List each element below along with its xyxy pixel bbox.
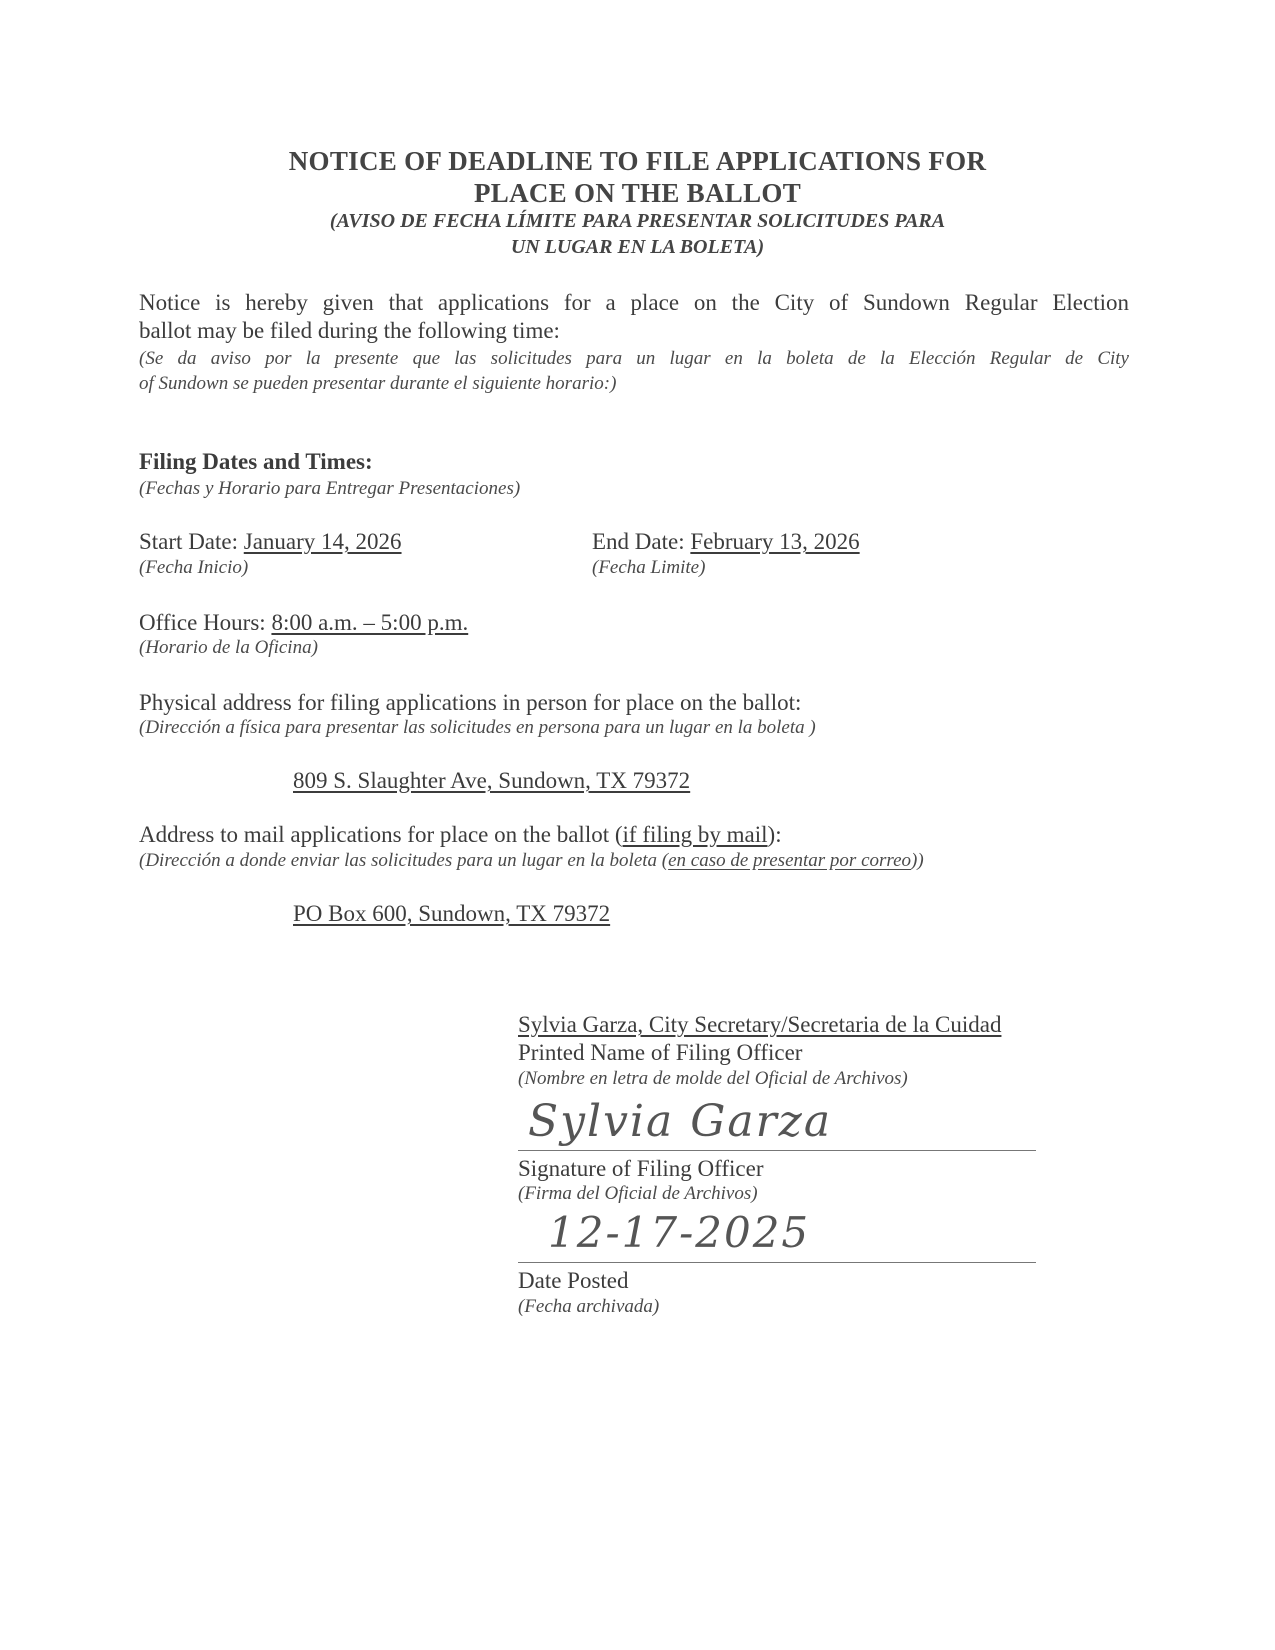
- intro-es-line-1: (Se da aviso por la presente que las sol…: [139, 348, 1129, 370]
- office-hours-es: (Horario de la Oficina): [139, 637, 318, 659]
- mail-label-text: Address to mail applications for place o…: [139, 822, 623, 847]
- title-line-2: PLACE ON THE BALLOT: [0, 178, 1275, 209]
- physical-address-label-es: (Dirección a física para presentar las s…: [139, 717, 816, 739]
- end-date-label: End Date:: [592, 529, 690, 554]
- date-posted-label-es: (Fecha archivada): [518, 1296, 659, 1318]
- physical-address-label: Physical address for filing applications…: [139, 690, 801, 716]
- mail-address-label-es: (Dirección a donde enviar las solicitude…: [139, 850, 924, 872]
- intro-es-line-2: of Sundown se pueden presentar durante e…: [139, 373, 616, 395]
- start-date: Start Date: January 14, 2026: [139, 529, 402, 555]
- date-posted-label: Date Posted: [518, 1268, 629, 1294]
- officer-printed-label-es: (Nombre en letra de molde del Oficial de…: [518, 1068, 908, 1090]
- filing-heading-es: (Fechas y Horario para Entregar Presenta…: [139, 478, 520, 500]
- start-date-value: January 14, 2026: [244, 529, 402, 554]
- office-hours: Office Hours: 8:00 a.m. – 5:00 p.m.: [139, 610, 468, 636]
- end-date-es: (Fecha Limite): [592, 557, 705, 579]
- subtitle-line-1: (AVISO DE FECHA LÍMITE PARA PRESENTAR SO…: [0, 210, 1275, 233]
- mail-label-es-end: )): [911, 850, 924, 871]
- title-line-1: NOTICE OF DEADLINE TO FILE APPLICATIONS …: [0, 146, 1275, 177]
- intro-line-1: Notice is hereby given that applications…: [139, 290, 1129, 316]
- end-date: End Date: February 13, 2026: [592, 529, 860, 555]
- mail-label-underlined: if filing by mail: [623, 822, 768, 847]
- mail-address-label: Address to mail applications for place o…: [139, 822, 782, 848]
- start-date-es: (Fecha Inicio): [139, 557, 248, 579]
- physical-address: 809 S. Slaughter Ave, Sundown, TX 79372: [293, 768, 690, 794]
- date-posted-value: 12-17-2025: [548, 1208, 810, 1257]
- signature-label-es: (Firma del Oficial de Archivos): [518, 1183, 758, 1205]
- signature-label: Signature of Filing Officer: [518, 1156, 764, 1182]
- intro-line-2: ballot may be filed during the following…: [139, 318, 560, 344]
- mail-label-end: ):: [768, 822, 782, 847]
- mail-address: PO Box 600, Sundown, TX 79372: [293, 901, 610, 927]
- date-line: [518, 1262, 1036, 1263]
- start-date-label: Start Date:: [139, 529, 244, 554]
- subtitle-line-2: UN LUGAR EN LA BOLETA): [0, 236, 1275, 259]
- filing-heading: Filing Dates and Times:: [139, 449, 373, 475]
- office-hours-label: Office Hours:: [139, 610, 271, 635]
- officer-signature: Sylvia Garza: [528, 1096, 832, 1147]
- mail-label-es-text: (Dirección a donde enviar las solicitude…: [139, 850, 668, 871]
- mail-label-es-underlined: en caso de presentar por correo: [668, 850, 911, 871]
- end-date-value: February 13, 2026: [690, 529, 859, 554]
- signature-line: [518, 1150, 1036, 1151]
- officer-printed-name: Sylvia Garza, City Secretary/Secretaria …: [518, 1012, 1001, 1038]
- officer-printed-label: Printed Name of Filing Officer: [518, 1040, 802, 1066]
- office-hours-value: 8:00 a.m. – 5:00 p.m.: [271, 610, 468, 635]
